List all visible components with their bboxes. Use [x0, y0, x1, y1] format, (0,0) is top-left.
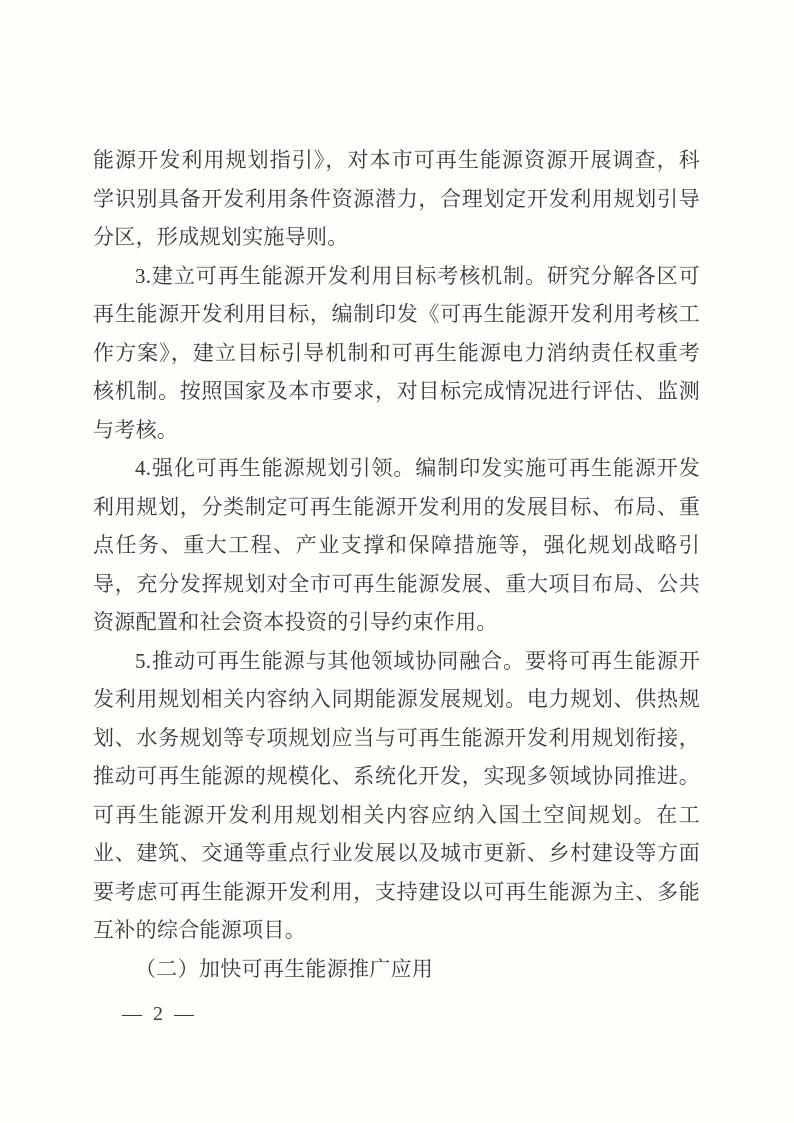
page-number: — 2 — — [122, 1000, 197, 1028]
paragraph-item-5: 5.推动可再生能源与其他领域协同融合。要将可再生能源开发利用规划相关内容纳入同期… — [93, 642, 700, 950]
paragraph-item-4: 4.强化可再生能源规划引领。编制印发实施可再生能源开发利用规划，分类制定可再生能… — [93, 449, 700, 642]
document-body: 能源开发利用规划指引》，对本市可再生能源资源开展调查，科学识别具备开发利用条件资… — [93, 141, 700, 988]
document-page: 能源开发利用规划指引》，对本市可再生能源资源开展调查，科学识别具备开发利用条件资… — [0, 0, 794, 1123]
paragraph-item-3: 3.建立可再生能源开发利用目标考核机制。研究分解各区可再生能源开发利用目标，编制… — [93, 257, 700, 450]
section-heading: （二）加快可再生能源推广应用 — [93, 950, 700, 989]
paragraph-continuation: 能源开发利用规划指引》，对本市可再生能源资源开展调查，科学识别具备开发利用条件资… — [93, 141, 700, 257]
